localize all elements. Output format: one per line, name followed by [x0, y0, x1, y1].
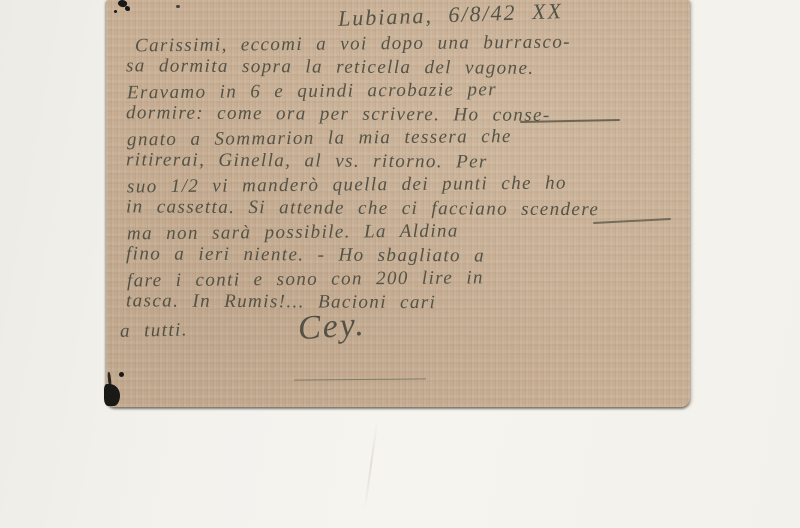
postcard: Lubiana, 6/8/42 XX Carissimi, eccomi a v…	[106, 0, 690, 407]
letter-line: Eravamo in 6 e quindi acrobazie per	[127, 77, 679, 105]
dateline: Lubiana, 6/8/42 XX	[338, 0, 564, 32]
ink-stain	[125, 6, 130, 11]
photo-backdrop: Lubiana, 6/8/42 XX Carissimi, eccomi a v…	[0, 0, 800, 528]
letter-line: gnato a Sommarion la mia tessera che	[127, 124, 679, 152]
letter-line: Carissimi, eccomi a voi dopo una burrasc…	[135, 30, 679, 58]
ink-stain	[176, 5, 180, 8]
letter-body: Carissimi, eccomi a voi dopo una burrasc…	[126, 32, 678, 338]
ink-stain	[119, 372, 124, 377]
ink-stain	[104, 384, 120, 406]
signature: Cey.	[297, 306, 367, 349]
signature-underline	[294, 378, 426, 380]
backdrop-crease	[364, 420, 379, 509]
letter-line: fare i conti e sono con 200 lire in	[127, 265, 679, 293]
letter-line: a tutti.	[120, 308, 678, 343]
ink-stain	[114, 10, 117, 13]
letter-line: suo 1/2 vi manderò quella dei punti che …	[127, 171, 679, 199]
